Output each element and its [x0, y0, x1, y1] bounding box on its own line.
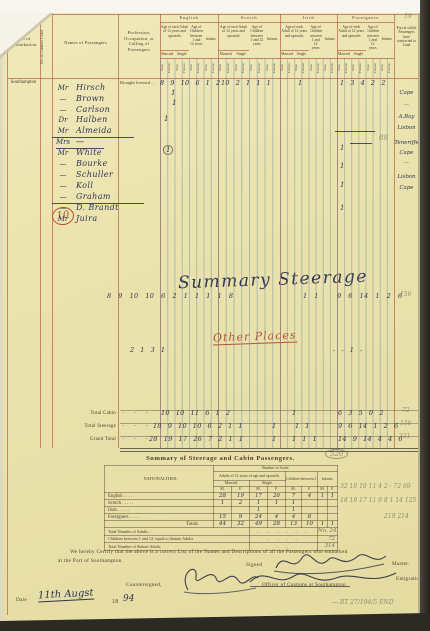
emigration-officer-signature — [248, 566, 398, 588]
destination-entry: Cape — [394, 150, 419, 156]
passenger-name: White — [76, 148, 102, 157]
adults-header: Adults of 12 years of age and upwards. — [214, 472, 286, 481]
sex-label: Male — [249, 58, 257, 78]
summary-footer-row: Total Number of Statute Adults– –314 — [105, 543, 338, 551]
summary-footer-dashes: – – — [250, 543, 318, 551]
passenger-title: Mr — [54, 127, 72, 135]
sex-label: Female — [226, 58, 234, 78]
passenger-name: Halben — [76, 115, 108, 124]
passenger-name: Juira — [76, 214, 98, 223]
adult-block-rule — [337, 50, 366, 51]
summary-footer-value: No. 242 — [318, 528, 338, 536]
children-age-header: Age of Children between 1 and 12 years — [310, 25, 322, 57]
souls-count: 1 — [328, 493, 338, 500]
souls-count — [302, 500, 318, 507]
sex-label: Male — [175, 58, 182, 78]
totals-row-figures: 28 19 17 26 7 2 1 1 — [149, 435, 243, 443]
customs-officer-signature — [176, 562, 260, 594]
souls-count — [318, 514, 328, 521]
nationality-label: English . . . . . — [105, 493, 214, 500]
grid-tally-mark: 1 — [164, 115, 168, 123]
summary-footer-row: Total Number of Adults...– – – – – –No. … — [105, 528, 338, 536]
pencil-margin-note: 219 214 — [384, 513, 409, 520]
sex-label: Female — [257, 58, 265, 78]
totals-row-label: Total Steerage — [58, 424, 116, 429]
summary-footer-label: Children between 1 and 12, equal to Stat… — [105, 535, 250, 543]
souls-count: 1 — [318, 521, 328, 528]
column-group-title: Foreigners — [337, 15, 394, 20]
souls-count — [214, 507, 232, 514]
souls-count — [232, 507, 250, 514]
totals-row-leaders: – – – — [122, 424, 152, 429]
totals-row-figures: 14 9 14 4 4 6 — [338, 435, 403, 443]
souls-count: 15 — [214, 514, 232, 521]
souls-count: 2 — [232, 500, 250, 507]
archive-reference-note: — BT 27/194/5 END — [332, 599, 394, 606]
souls-count — [268, 507, 286, 514]
destination-entry: Lisbon — [394, 174, 419, 180]
souls-count: 1 — [250, 500, 268, 507]
nationalities-header: NATIONALITIES. — [105, 466, 214, 493]
souls-count: 1 — [318, 493, 328, 500]
passenger-title: — — [54, 160, 72, 168]
grid-tally-mark: 89 — [379, 134, 388, 142]
summary-footer-label: Total Number of Adults... — [105, 528, 250, 536]
souls-count: 24 — [250, 514, 268, 521]
passenger-title: — — [54, 171, 72, 179]
destination-entry: Cape — [394, 185, 419, 191]
souls-count: 28 — [214, 493, 232, 500]
other-places-figures: 2 1 3 1 — [130, 346, 165, 354]
brought-forward-figures: 1 — [298, 79, 302, 87]
passenger-name: Graham — [76, 192, 111, 201]
totals-row-figures: 18 9 10 10 6 2 1 1 — [153, 422, 243, 430]
scan-left-edge — [0, 0, 5, 620]
adult-block-rule — [160, 50, 189, 51]
totals-row-label: Total Cabin — [58, 411, 116, 416]
other-places-figures: - - 1 - — [333, 346, 363, 354]
souls-count: 4 — [268, 514, 286, 521]
table-rule-vertical — [52, 14, 53, 448]
profession-header: Profession, Occupation, or Calling of Pa… — [119, 30, 159, 53]
passenger-name: Koll — [76, 181, 93, 190]
passenger-name: Bourke — [76, 159, 108, 168]
souls-count: 10 — [302, 521, 318, 528]
infants-header: Infants — [323, 37, 337, 41]
souls-count — [328, 500, 338, 507]
totals-row-figures: 1 — [272, 435, 276, 443]
passenger-name: Almeida — [76, 126, 112, 135]
passenger-name: — — [76, 137, 84, 146]
souls-count — [328, 514, 338, 521]
souls-count: 44 — [214, 521, 232, 528]
pencil-margin-note: 32 18 10 11 4 2 · 72 69 — [340, 483, 411, 490]
married-header: Married — [280, 52, 294, 56]
single-header: Single — [351, 52, 365, 56]
sex-label: Female — [330, 58, 337, 78]
column-group-title: English — [160, 15, 218, 20]
totals-row-leaders: – – – — [122, 437, 152, 442]
date-label: Date — [16, 597, 27, 603]
column-group-title: Irish — [280, 15, 337, 20]
sex-label: Male — [309, 58, 316, 78]
year-handwritten: 94 — [123, 594, 134, 604]
totals-row-figures: 9 6 14 1 2 6 — [338, 422, 398, 430]
table-rule-vertical — [40, 14, 41, 448]
subcolumn-rules — [337, 58, 394, 448]
passenger-title: — — [54, 95, 72, 103]
married-header: Married — [160, 52, 175, 56]
destination-entry: — — [394, 160, 419, 166]
nationality-label: Foreigners . . . . . — [105, 514, 214, 521]
table-rule-vertical — [7, 14, 8, 615]
pencil-margin-note: 156 — [400, 420, 411, 427]
subcolumn-rules — [280, 58, 337, 448]
passenger-title: Mr — [54, 84, 72, 92]
passenger-name: Carlson — [76, 105, 110, 114]
sex-label: Female — [241, 58, 249, 78]
souls-count: 19 — [232, 493, 250, 500]
married-header: Married — [337, 52, 351, 56]
table-rule-vertical — [394, 14, 395, 448]
summary-table: NATIONALITIES. Number of Souls. Adults o… — [104, 465, 337, 551]
passenger-title: Mr — [54, 149, 72, 157]
adult-age-header: Age of each Adult of 12 years and upward… — [161, 25, 188, 49]
souls-count: 1 — [328, 521, 338, 528]
totals-row-figures: 1 — [292, 409, 296, 417]
nationality-label: Totals. — [105, 521, 214, 528]
table-rule-horizontal — [160, 22, 394, 23]
scan-top-margin — [0, 0, 430, 13]
passenger-name: Brown — [76, 94, 105, 103]
name-strikethrough — [52, 203, 144, 204]
single-header: Single — [294, 52, 308, 56]
summary-footer-row: Children between 1 and 12, equal to Stat… — [105, 535, 338, 543]
souls-count — [318, 507, 328, 514]
scan-bottom-edge — [0, 608, 430, 631]
subcolumn-rules — [218, 58, 280, 448]
totals-row-figures: 1 — [272, 422, 276, 430]
pencil-margin-note: 156 — [400, 291, 411, 298]
souls-count: 1 — [286, 507, 302, 514]
scan-right-edge — [420, 0, 430, 631]
souls-count — [328, 507, 338, 514]
infants-header: Infants — [204, 37, 219, 41]
souls-count: 49 — [250, 521, 268, 528]
children-header: Children between 1 & 12 Years. — [286, 472, 318, 487]
destination-entry: A.Bay — [394, 114, 419, 120]
passenger-title: Dr — [54, 116, 72, 124]
souls-count: 13 — [286, 521, 302, 528]
summary-footer-label: Total Number of Statute Adults — [105, 543, 250, 551]
name-strikethrough — [56, 148, 104, 149]
infants-header: Infants — [380, 37, 394, 41]
nationality-row: Irish . . . . .11 — [105, 507, 338, 514]
name-strikethrough — [335, 131, 375, 132]
sex-label: Male — [380, 58, 387, 78]
grid-tally-mark: 1 — [340, 181, 344, 189]
single-header: Single — [234, 52, 250, 56]
countersigned-label: Countersigned, — [126, 582, 162, 588]
sex-label: Female — [272, 58, 280, 78]
grid-tally-mark: 1 — [340, 144, 344, 152]
destination-entry: Lisbon — [394, 125, 419, 131]
passenger-name: D. Brandt — [76, 203, 119, 212]
landing-port-header: Port at which Passengers have contracted… — [395, 26, 418, 47]
sex-label: Male — [366, 58, 373, 78]
summary-steerage-figures: 8 9 10 10 6 2 1 1 1 1 8 — [107, 292, 233, 300]
date-handwritten: 11th Augst — [38, 588, 94, 603]
nationality-row: Foreigners . . . . .15924446 — [105, 514, 338, 521]
summary-footer-value: 72 — [318, 535, 338, 543]
summary-steerage-figures: 1 1 — [303, 292, 319, 300]
children-age-header: Age of Children between 1 and 12 years — [190, 25, 203, 57]
sex-label: Male — [323, 58, 330, 78]
contract-ticket-header: No. of Contract Ticket — [40, 18, 52, 76]
sex-label: Male — [204, 58, 211, 78]
name-strikethrough — [350, 143, 372, 144]
adult-age-header: Age of each Adult of 12 years and upward… — [338, 25, 365, 49]
grid-tally-mark: 1 — [171, 89, 175, 97]
destination-entry: — — [394, 102, 419, 108]
totals-row-figures: 10 10 11 6 1 2 — [161, 409, 230, 417]
sex-label: Female — [182, 58, 189, 78]
certification-line2: at the Port of Southampton. — [58, 558, 123, 564]
souls-count: 28 — [268, 521, 286, 528]
pencil-margin-note: 18 19 17 11 9 8 1 14 125 — [340, 497, 416, 504]
sex-label: Female — [387, 58, 394, 78]
adult-block-rule — [280, 50, 309, 51]
nationality-row: Scotch . . . . .12111 — [105, 500, 338, 507]
pencil-margin-note: 72 — [402, 407, 410, 414]
souls-count: 4 — [302, 493, 318, 500]
sex-label: Female — [316, 58, 323, 78]
nationality-row: English . . . . .281917267411 — [105, 493, 338, 500]
sex-label: Female — [373, 58, 380, 78]
names-of-passengers-header: Names of Passengers — [54, 40, 117, 46]
nationality-label: Scotch . . . . . — [105, 500, 214, 507]
brought-forward-label: Brought forward ... — [120, 80, 160, 85]
souls-count: 1 — [268, 500, 286, 507]
married-header: Married — [218, 52, 234, 56]
souls-count: 1 — [250, 507, 268, 514]
signature-flourish-line — [250, 586, 350, 587]
souls-count: 1 — [214, 500, 232, 507]
summary-table-title: Summary of Steerage and Cabin Passengers… — [104, 455, 337, 462]
passenger-title: Mr — [54, 215, 72, 223]
sex-label: Female — [211, 58, 218, 78]
passenger-title: — — [54, 204, 72, 212]
passenger-name: Schuller — [76, 170, 113, 179]
summary-footer-dashes: – – – – — [250, 535, 318, 543]
year-printed: 18 — [112, 599, 119, 605]
summary-footer-dashes: – – – – – – — [250, 528, 318, 536]
souls-count: 4 — [286, 514, 302, 521]
souls-count: 17 — [250, 493, 268, 500]
grand-total-double-rule — [120, 451, 418, 452]
name-strikethrough — [52, 137, 134, 138]
souls-count — [318, 500, 328, 507]
brought-forward-figures: 8 9 10 6 1 2 — [160, 79, 220, 87]
totals-row-figures: 6 3 5 0 2 — [338, 409, 384, 417]
destination-entry: Cape — [394, 90, 419, 96]
passenger-title: Mrs — [54, 138, 72, 146]
subcolumn-rules — [160, 58, 218, 448]
sex-label: Female — [358, 58, 365, 78]
nationality-row: Totals.44324928131011 — [105, 521, 338, 528]
passenger-list-scan: Port of Embarkation No. of Contract Tick… — [0, 0, 430, 631]
children-age-header: Age of Children between 1 and 12 years — [250, 25, 264, 57]
passenger-name: Hirsch — [76, 83, 106, 92]
destination-entry: Teneriffe — [394, 140, 419, 146]
summary-steerage-figures: 9 6 14 1 2 6 — [337, 292, 402, 300]
souls-count: 7 — [286, 493, 302, 500]
passenger-title: — — [54, 182, 72, 190]
grid-tally-mark: 1 — [340, 162, 344, 170]
table-rule-vertical — [118, 14, 119, 448]
totals-row-label: Grand Total — [58, 437, 116, 442]
sex-label: Female — [196, 58, 203, 78]
souls-count: 9 — [232, 514, 250, 521]
totals-row-leaders: – – – — [122, 411, 152, 416]
grand-total-double-rule — [120, 448, 418, 449]
column-group-title: Scotch — [218, 15, 280, 20]
infants-header: Infants. — [318, 472, 338, 487]
sex-label: Female — [301, 58, 308, 78]
adult-block-rule — [218, 50, 249, 51]
summary-footer-value: 314 — [318, 543, 338, 551]
pencil-margin-note: 59 — [404, 13, 412, 20]
pencil-margin-note: 221 — [399, 433, 410, 440]
adult-age-header: Age of each Adult of 12 years and upward… — [281, 25, 308, 49]
passenger-title: — — [54, 106, 72, 114]
grid-tally-mark: 1 — [340, 204, 344, 212]
souls-count: 32 — [232, 521, 250, 528]
nationality-label: Irish . . . . . — [105, 507, 214, 514]
children-age-header: Age of Children between 1 and 12 years — [367, 25, 379, 57]
grid-tally-mark: 1 — [172, 99, 176, 107]
sex-label: Male — [218, 58, 226, 78]
brought-forward-figures: 1 3 4 2 2 — [340, 79, 386, 87]
infants-header: Infants — [265, 37, 281, 41]
souls-count: 26 — [268, 493, 286, 500]
sex-label: Female — [167, 58, 174, 78]
souls-count — [302, 507, 318, 514]
totals-row-figures: 1 1 1 — [292, 435, 317, 443]
souls-count: 1 — [286, 500, 302, 507]
passenger-title: — — [54, 193, 72, 201]
embarkation-port-value: Southampton — [7, 80, 40, 85]
brought-forward-figures: 10 2 1 1 1 — [221, 79, 271, 87]
totals-row-figures: 1 1 — [295, 422, 310, 430]
single-header: Single — [175, 52, 190, 56]
adult-age-header: Age of each Adult of 12 years and upward… — [219, 25, 248, 49]
souls-count: 6 — [302, 514, 318, 521]
